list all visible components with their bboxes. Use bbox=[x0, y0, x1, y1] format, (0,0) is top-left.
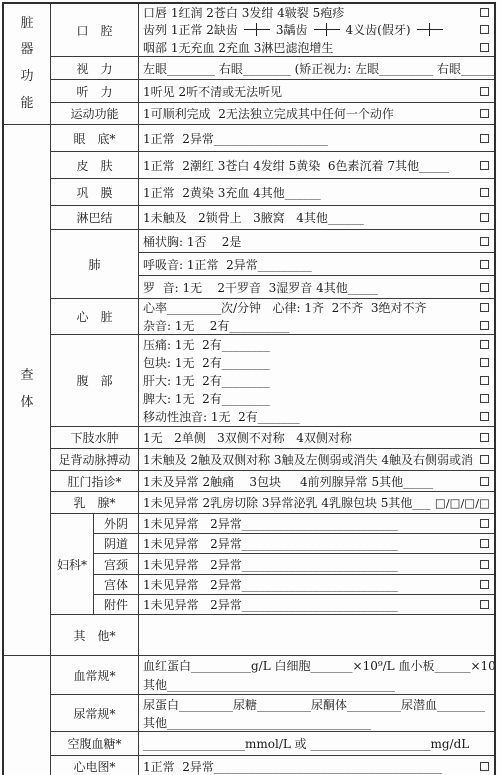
checkbox-icon[interactable] bbox=[480, 260, 489, 269]
urine-other: 其他__________________________________ bbox=[143, 714, 494, 731]
pulse-options: 1未触及 2触及双侧对称 3触及左侧弱或消失 4触及右侧弱或消失 bbox=[143, 451, 474, 468]
lung-rales: 罗 音: 1无 2干罗音 3湿罗音 4其他_____ bbox=[143, 279, 474, 296]
checkbox-icon[interactable] bbox=[480, 762, 489, 771]
row-fasting-glucose: 空腹血糖* _________________mmol/L 或 ________… bbox=[51, 731, 494, 755]
checkbox-icon[interactable] bbox=[480, 237, 489, 246]
row-label-lung: 肺 bbox=[51, 230, 138, 298]
urine-values: 尿蛋白_________尿糖_________尿酮体_________尿潜血__… bbox=[143, 696, 494, 713]
gyn-subrow-adnexa: 附件 1未见异常 2异常__________________________ bbox=[94, 594, 494, 614]
row-label-lymph: 淋巴结 bbox=[51, 206, 138, 229]
gyn-subrow-uterus: 宫体 1未见异常 2异常__________________________ bbox=[94, 574, 494, 594]
edema-options: 1无 2单侧 3双侧不对称 4双侧对称 bbox=[143, 429, 474, 446]
gyn-sublabel-vagina: 阴道 bbox=[94, 534, 138, 553]
abdomen-hepatomegaly: 肝大: 1无 2有________ bbox=[143, 372, 474, 389]
checkbox-icon[interactable] bbox=[480, 25, 489, 34]
dental-cross-icon bbox=[417, 23, 443, 36]
checkbox-icon[interactable] bbox=[480, 340, 489, 349]
row-abdomen: 腹 部 压痛: 1无 2有________ 包块: 1无 2有________ … bbox=[51, 334, 494, 426]
abdomen-tenderness: 压痛: 1无 2有________ bbox=[143, 336, 474, 353]
row-label-fundus: 眼 底* bbox=[51, 125, 138, 151]
checkbox-icon[interactable] bbox=[480, 321, 489, 330]
glucose-blanks: _________________mmol/L 或 ______________… bbox=[143, 735, 494, 752]
checkbox-icon[interactable] bbox=[480, 539, 489, 548]
exam-table: 脏器功能 口 腔 口唇 1红润 2苍白 3发绀 4皲裂 5疱疹 齿列 1正常 2… bbox=[2, 2, 496, 775]
checkbox-icon[interactable] bbox=[480, 43, 489, 52]
lung-breath-sounds: 呼吸音: 1正常 2异常_________ bbox=[143, 256, 474, 273]
checkbox-icon[interactable] bbox=[480, 134, 489, 143]
row-oral-cavity: 口 腔 口唇 1红润 2苍白 3发绀 4皲裂 5疱疹 齿列 1正常 2缺齿 3龋… bbox=[51, 4, 494, 56]
gyn-sublabel-cervix: 宫颈 bbox=[94, 554, 138, 573]
gyn-sublabel-uterus: 宫体 bbox=[94, 575, 138, 594]
group-label-physical-exam: 查体 bbox=[20, 363, 34, 416]
gyn-vulva-options: 1未见异常 2异常__________________________ bbox=[143, 515, 474, 532]
row-lung: 肺 桶状胸: 1否 2是 呼吸音: 1正常 2异常_________ 罗 音: … bbox=[51, 229, 494, 298]
blood-values: 血红蛋白__________g/L 白细胞_______×10⁹/L 血小板__… bbox=[143, 657, 494, 674]
row-label-oral: 口 腔 bbox=[51, 4, 138, 56]
breast-checkboxes[interactable]: □/□/□/□ bbox=[435, 496, 490, 510]
group-label-organ-function: 脏器功能 bbox=[20, 11, 34, 118]
checkbox-icon[interactable] bbox=[480, 580, 489, 589]
skin-options: 1正常 2潮红 3苍白 4发绀 5黄染 6色素沉着 7其他_____ bbox=[143, 157, 474, 174]
gyn-sublabel-adnexa: 附件 bbox=[94, 595, 138, 614]
row-motor-function: 运动功能 1可顺利完成 2无法独立完成其中任何一个动作 bbox=[51, 102, 494, 124]
checkbox-icon[interactable] bbox=[480, 161, 489, 170]
heart-murmur: 杂音: 1无 2有__________ bbox=[143, 317, 474, 334]
row-dorsal-artery-pulse: 足背动脉搏动 1未触及 2触及双侧对称 3触及左侧弱或消失 4触及右侧弱或消失 bbox=[51, 448, 494, 470]
row-fundus: 眼 底* 1正常 2异常___________________ bbox=[51, 125, 494, 151]
row-lower-limb-edema: 下肢水肿 1无 2单侧 3双侧不对称 4双侧对称 bbox=[51, 426, 494, 448]
dental-cross-icon bbox=[244, 23, 270, 36]
hearing-options: 1听见 2听不清或无法听见 bbox=[143, 83, 474, 100]
gyn-subrow-vulva: 外阴 1未见异常 2异常__________________________ bbox=[94, 514, 494, 533]
checkbox-icon[interactable] bbox=[480, 109, 489, 118]
row-label-urine: 尿常规* bbox=[51, 695, 138, 731]
row-skin: 皮 肤 1正常 2潮红 3苍白 4发绀 5黄染 6色素沉着 7其他_____ bbox=[51, 151, 494, 178]
checkbox-icon[interactable] bbox=[480, 412, 489, 421]
row-label-vision: 视 力 bbox=[51, 57, 138, 79]
abdomen-shifting-dullness: 移动性浊音: 1无 2有_______ bbox=[143, 408, 474, 425]
sclera-options: 1正常 2黄染 3充血 4其他______ bbox=[143, 184, 474, 201]
row-lymph-nodes: 淋巴结 1未触及 2锁骨上 3腋窝 4其他______ bbox=[51, 205, 494, 229]
checkbox-icon[interactable] bbox=[480, 433, 489, 442]
gyn-uterus-options: 1未见异常 2异常__________________________ bbox=[143, 576, 474, 593]
anal-options: 1未及异常 2触痛 3包块 4前列腺异常 5其他_____ bbox=[143, 473, 474, 490]
oral-pharynx-options: 咽部 1无充血 2充血 3淋巴滤泡增生 bbox=[143, 39, 474, 56]
row-label-breast: 乳 腺* bbox=[51, 492, 138, 513]
row-label-hearing: 听 力 bbox=[51, 80, 138, 102]
breast-options: 1未见异常 2乳房切除 3异常泌乳 4乳腺包块 5其他___ bbox=[143, 494, 435, 511]
row-label-pulse: 足背动脉搏动 bbox=[51, 449, 138, 470]
gyn-sublabel-vulva: 外阴 bbox=[94, 514, 138, 533]
checkbox-icon[interactable] bbox=[480, 213, 489, 222]
lung-barrel-chest: 桶状胸: 1否 2是 bbox=[143, 233, 474, 250]
oral-teeth-options: 齿列 1正常 2缺齿 bbox=[143, 21, 238, 38]
row-label-other: 其 他* bbox=[51, 615, 138, 655]
row-sclera: 巩 膜 1正常 2黄染 3充血 4其他______ bbox=[51, 178, 494, 205]
checkbox-icon[interactable] bbox=[480, 87, 489, 96]
row-label-heart: 心 脏 bbox=[51, 299, 138, 334]
checkbox-icon[interactable] bbox=[480, 519, 489, 528]
oral-denture-option: 4义齿(假牙) bbox=[346, 21, 411, 38]
gyn-vagina-options: 1未见异常 2异常__________________________ bbox=[143, 535, 474, 552]
row-ecg: 心电图* 1正常 2异常____________________________… bbox=[51, 755, 494, 775]
gyn-cervix-options: 1未见异常 2异常__________________________ bbox=[143, 556, 474, 573]
row-anal-exam: 肛门指诊* 1未及异常 2触痛 3包块 4前列腺异常 5其他_____ bbox=[51, 470, 494, 491]
row-label-skin: 皮 肤 bbox=[51, 152, 138, 178]
checkbox-icon[interactable] bbox=[480, 376, 489, 385]
row-label-abdomen: 腹 部 bbox=[51, 335, 138, 426]
oral-lips-options: 口唇 1红润 2苍白 3发绀 4皲裂 5疱疹 bbox=[143, 4, 474, 21]
group-cell-organ-function: 脏器功能 bbox=[4, 4, 50, 124]
row-hearing: 听 力 1听见 2听不清或无法听见 bbox=[51, 79, 494, 102]
checkbox-icon[interactable] bbox=[480, 303, 489, 312]
group-cell-lab-tests bbox=[4, 656, 50, 775]
checkbox-icon[interactable] bbox=[480, 455, 489, 464]
row-label-blood: 血常规* bbox=[51, 656, 138, 694]
fundus-options: 1正常 2异常___________________ bbox=[143, 130, 474, 147]
row-breast: 乳 腺* 1未见异常 2乳房切除 3异常泌乳 4乳腺包块 5其他___□/□/□… bbox=[51, 491, 494, 513]
checkbox-icon[interactable] bbox=[480, 560, 489, 569]
row-label-glucose: 空腹血糖* bbox=[51, 732, 138, 755]
gyn-subrow-cervix: 宫颈 1未见异常 2异常__________________________ bbox=[94, 553, 494, 573]
row-label-motor: 运动功能 bbox=[51, 103, 138, 124]
checkbox-icon[interactable] bbox=[480, 8, 489, 17]
row-label-anal: 肛门指诊* bbox=[51, 471, 138, 491]
row-label-sclera: 巩 膜 bbox=[51, 179, 138, 205]
abdomen-mass: 包块: 1无 2有________ bbox=[143, 354, 474, 371]
row-urine-routine: 尿常规* 尿蛋白_________尿糖_________尿酮体_________… bbox=[51, 694, 494, 731]
dental-cross-icon bbox=[314, 23, 340, 36]
gyn-adnexa-options: 1未见异常 2异常__________________________ bbox=[143, 596, 474, 613]
row-other: 其 他* bbox=[51, 614, 494, 655]
row-vision: 视 力 左眼________ 右眼________ (矫正视力: 左眼_____… bbox=[51, 56, 494, 79]
section-organ-function: 脏器功能 口 腔 口唇 1红润 2苍白 3发绀 4皲裂 5疱疹 齿列 1正常 2… bbox=[4, 4, 494, 124]
row-label-gynecology: 妇科* bbox=[51, 514, 93, 614]
group-cell-physical-exam: 查体 bbox=[4, 125, 50, 655]
row-label-ecg: 心电图* bbox=[51, 756, 138, 775]
heart-rate-rhythm: 心率_________次/分钟 心律: 1齐 2不齐 3绝对不齐 bbox=[143, 299, 474, 316]
oral-caries-option: 3龋齿 bbox=[276, 21, 308, 38]
row-heart: 心 脏 心率_________次/分钟 心律: 1齐 2不齐 3绝对不齐 杂音:… bbox=[51, 298, 494, 334]
lymph-options: 1未触及 2锁骨上 3腋窝 4其他______ bbox=[143, 209, 474, 226]
motor-options: 1可顺利完成 2无法独立完成其中任何一个动作 bbox=[143, 105, 474, 122]
exam-form-page: 脏器功能 口 腔 口唇 1红润 2苍白 3发绀 4皲裂 5疱疹 齿列 1正常 2… bbox=[0, 0, 500, 775]
section-physical-exam: 查体 眼 底* 1正常 2异常___________________ 皮 肤 1… bbox=[4, 124, 494, 655]
checkbox-icon[interactable] bbox=[480, 477, 489, 486]
row-gynecology: 妇科* 外阴 1未见异常 2异常________________________… bbox=[51, 513, 494, 614]
ecg-options: 1正常 2异常_________________________________… bbox=[143, 758, 474, 775]
checkbox-icon[interactable] bbox=[480, 394, 489, 403]
checkbox-icon[interactable] bbox=[480, 188, 489, 197]
checkbox-icon[interactable] bbox=[480, 283, 489, 292]
row-label-edema: 下肢水肿 bbox=[51, 427, 138, 448]
abdomen-splenomegaly: 脾大: 1无 2有________ bbox=[143, 390, 474, 407]
row-blood-routine: 血常规* 血红蛋白__________g/L 白细胞_______×10⁹/L … bbox=[51, 656, 494, 694]
blood-other: 其他______________________________________ bbox=[143, 676, 494, 693]
checkbox-icon[interactable] bbox=[480, 358, 489, 367]
gyn-subrow-vagina: 阴道 1未见异常 2异常__________________________ bbox=[94, 533, 494, 553]
vision-blanks: 左眼________ 右眼________ (矫正视力: 左眼_________… bbox=[143, 60, 494, 77]
section-lab-tests: 血常规* 血红蛋白__________g/L 白细胞_______×10⁹/L … bbox=[4, 655, 494, 775]
checkbox-icon[interactable] bbox=[480, 600, 489, 609]
